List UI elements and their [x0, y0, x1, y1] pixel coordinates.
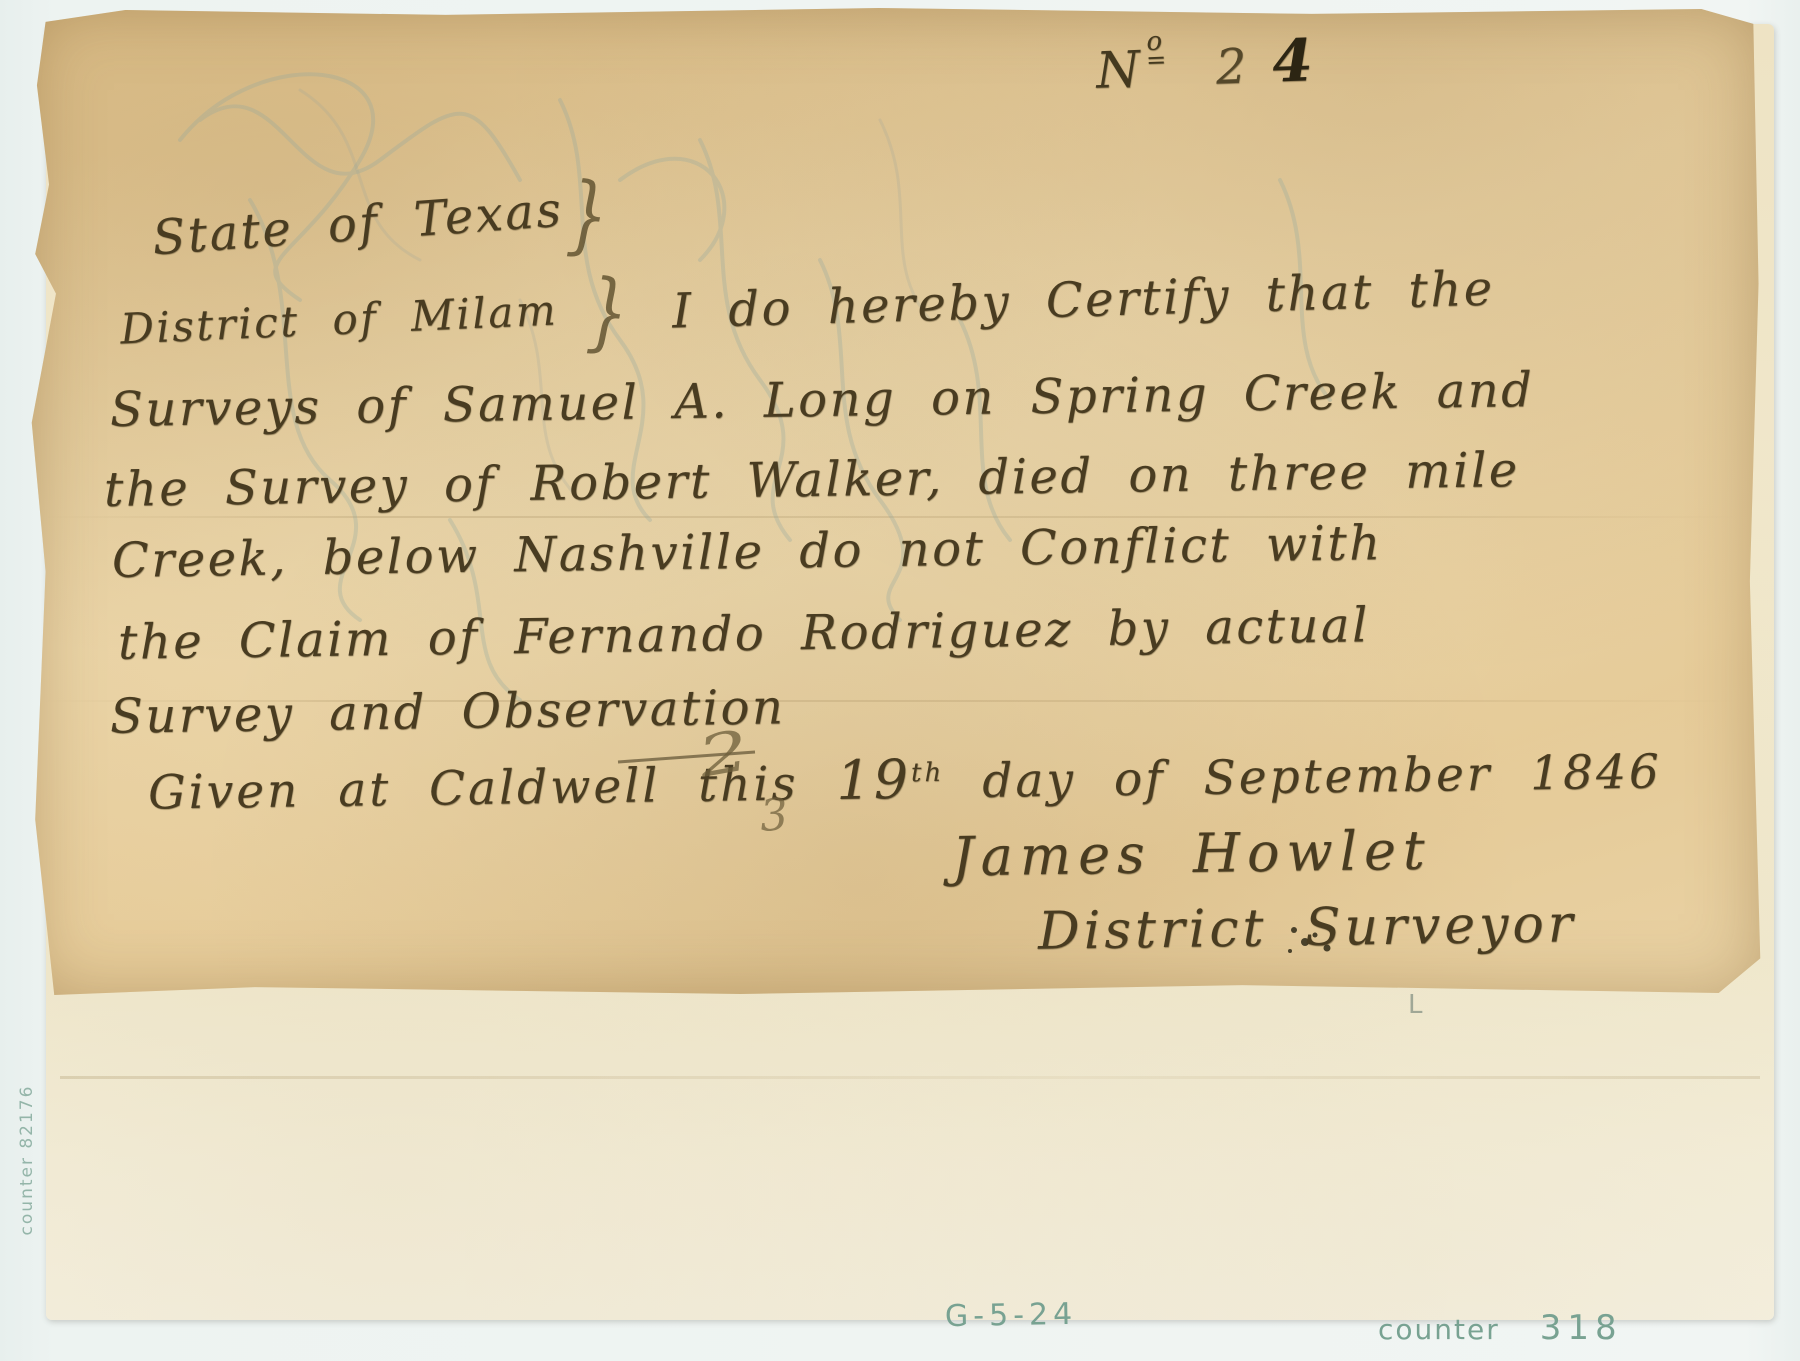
heading-state-brace: } — [564, 163, 610, 267]
doc-number-digit-second: 4 — [1271, 26, 1316, 95]
archive-number: G-5-24 — [945, 1297, 1078, 1334]
counter-label: counter — [1378, 1313, 1500, 1346]
left-edge-annotation: counter 82176 — [17, 1075, 37, 1245]
body-line: Survey and Observation — [110, 679, 786, 744]
dateline-ordinal: th — [911, 758, 945, 788]
dateline-suffix: day of September 1846 — [982, 744, 1662, 808]
pen-flourish: 3 — [758, 789, 789, 842]
scanned-document-page: No= 24 State of Texas } District of Mila… — [0, 0, 1800, 1361]
pencil-corner-mark: L — [1408, 990, 1423, 1020]
heading-district-brace: } — [584, 260, 630, 364]
document-number: No= 24 — [1095, 26, 1316, 102]
counter-annotation: counter318 — [1378, 1308, 1623, 1348]
signature-title: District Surveyor — [1038, 894, 1577, 962]
pen-flourish: 2 — [694, 718, 754, 791]
dateline-day: 19 — [836, 748, 912, 812]
doc-number-underline: = — [1146, 51, 1167, 68]
doc-number-digit-first: 2 — [1215, 38, 1273, 96]
counter-value: 318 — [1540, 1308, 1623, 1348]
paper-fold-line — [60, 1076, 1760, 1079]
signature-name: James Howlet — [952, 819, 1432, 889]
paper-crease — [40, 516, 1740, 518]
doc-number-letter: N — [1095, 40, 1143, 100]
